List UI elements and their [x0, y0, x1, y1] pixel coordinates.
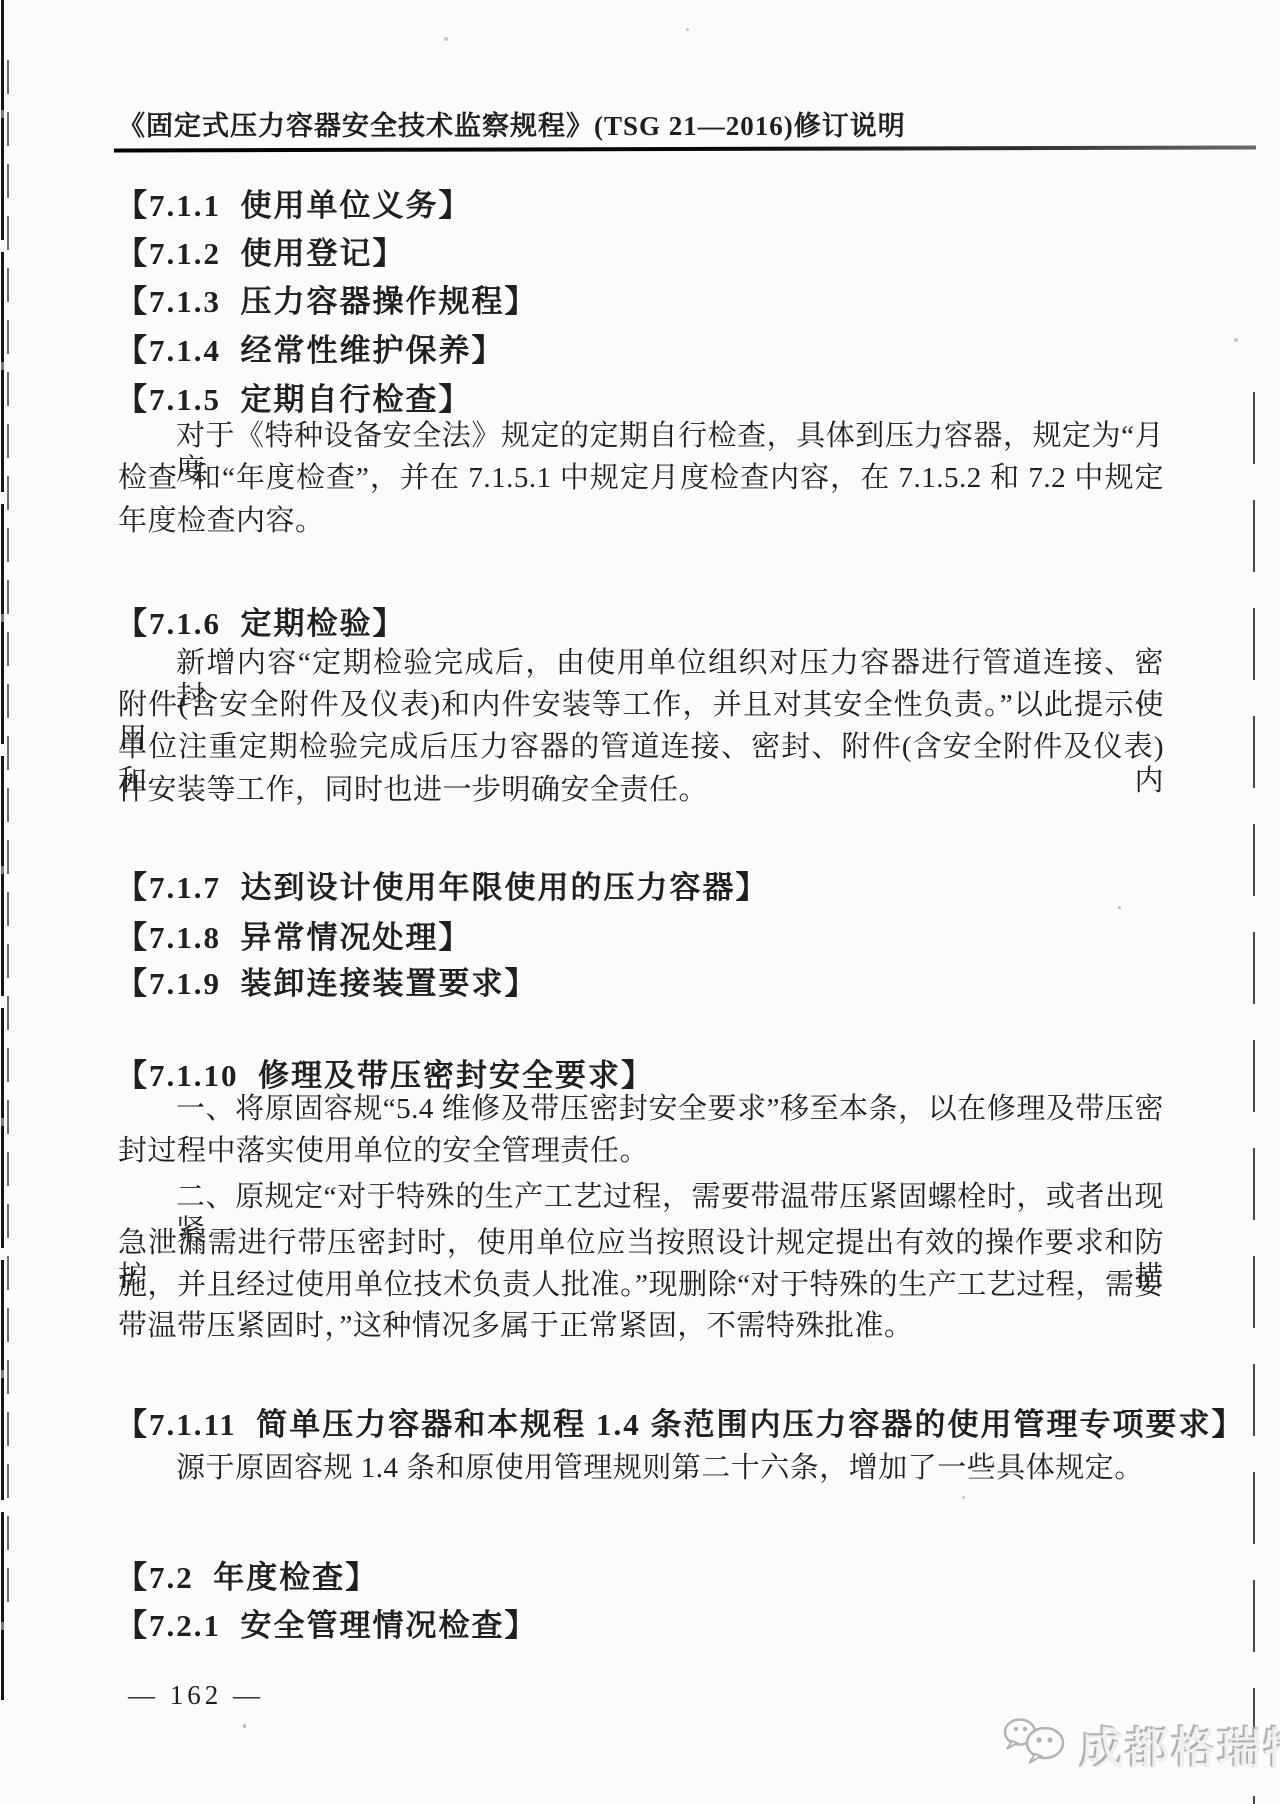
section-heading-7-1-9: 【7.1.9 装卸连接装置要求】 [116, 958, 538, 1003]
page-number: — 162 — [128, 1680, 264, 1711]
section-heading-7-2: 【7.2 年度检查】 [116, 1552, 378, 1597]
paragraph-line: 源于原固容规 1.4 条和原使用管理规则第二十六条，增加了一些具体规定。 [118, 1451, 1164, 1485]
watermark-text: 成都格瑞特 [1080, 1713, 1280, 1777]
paragraph-line: 施，并且经过使用单位技术负责人批准。”现删除“对于特殊的生产工艺过程，需要 [118, 1268, 1164, 1302]
watermark: 成都格瑞特 [1000, 1712, 1280, 1777]
paragraph-line: 带温带压紧固时，”这种情况多属于正常紧固，不需特殊批准。 [118, 1309, 1164, 1343]
section-heading-7-2-1: 【7.2.1 安全管理情况检查】 [116, 1600, 538, 1645]
scan-speck [127, 1327, 130, 1330]
paragraph-line: 检查”和“年度检查”，并在 7.1.5.1 中规定月度检查内容，在 7.1.5.… [118, 461, 1164, 495]
scan-speck [243, 1724, 246, 1728]
section-heading-7-1-5: 【7.1.5 定期自行检查】 [116, 374, 472, 419]
scan-edge-line-right [1253, 392, 1255, 1804]
section-heading-7-1-11: 【7.1.11 简单压力容器和本规程 1.4 条范围内压力容器的使用管理专项要求… [116, 1399, 1245, 1444]
section-heading-7-1-3: 【7.1.3 压力容器操作规程】 [116, 276, 538, 321]
paragraph-line: 年度检查内容。 [118, 504, 1164, 538]
scanned-document-page: 《固定式压力容器安全技术监察规程》(TSG 21—2016)修订说明 【7.1.… [0, 0, 1280, 1804]
section-heading-7-1-4: 【7.1.4 经常性维护保养】 [116, 325, 505, 370]
section-heading-7-1-1: 【7.1.1 使用单位义务】 [116, 180, 472, 225]
scan-speck [444, 37, 448, 41]
paragraph-line: 一、将原固容规“5.4 维修及带压密封安全要求”移至本条，以在修理及带压密 [118, 1092, 1164, 1126]
scan-edge-line-left [1, 0, 4, 1700]
scan-speck [933, 444, 938, 449]
paragraph-line: 件安装等工作，同时也进一步明确安全责任。 [118, 773, 1164, 807]
section-heading-7-1-7: 【7.1.7 达到设计使用年限使用的压力容器】 [116, 862, 769, 907]
scan-speck [1118, 906, 1121, 909]
running-header-title: 《固定式压力容器安全技术监察规程》(TSG 21—2016)修订说明 [118, 104, 906, 143]
section-heading-7-1-10: 【7.1.10 修理及带压密封安全要求】 [116, 1050, 654, 1095]
scan-speck [1234, 338, 1238, 342]
section-heading-7-1-8: 【7.1.8 异常情况处理】 [116, 912, 472, 957]
scan-speck [962, 1496, 965, 1499]
paragraph-line: 封过程中落实使用单位的安全管理责任。 [118, 1134, 1164, 1168]
wechat-icon [1000, 1712, 1072, 1777]
section-heading-7-1-6: 【7.1.6 定期检验】 [116, 598, 406, 643]
header-rule [114, 146, 1256, 153]
scan-speck [686, 28, 689, 31]
scan-edge-line-left-secondary [7, 60, 9, 1620]
section-heading-7-1-2: 【7.1.2 使用登记】 [116, 228, 406, 273]
